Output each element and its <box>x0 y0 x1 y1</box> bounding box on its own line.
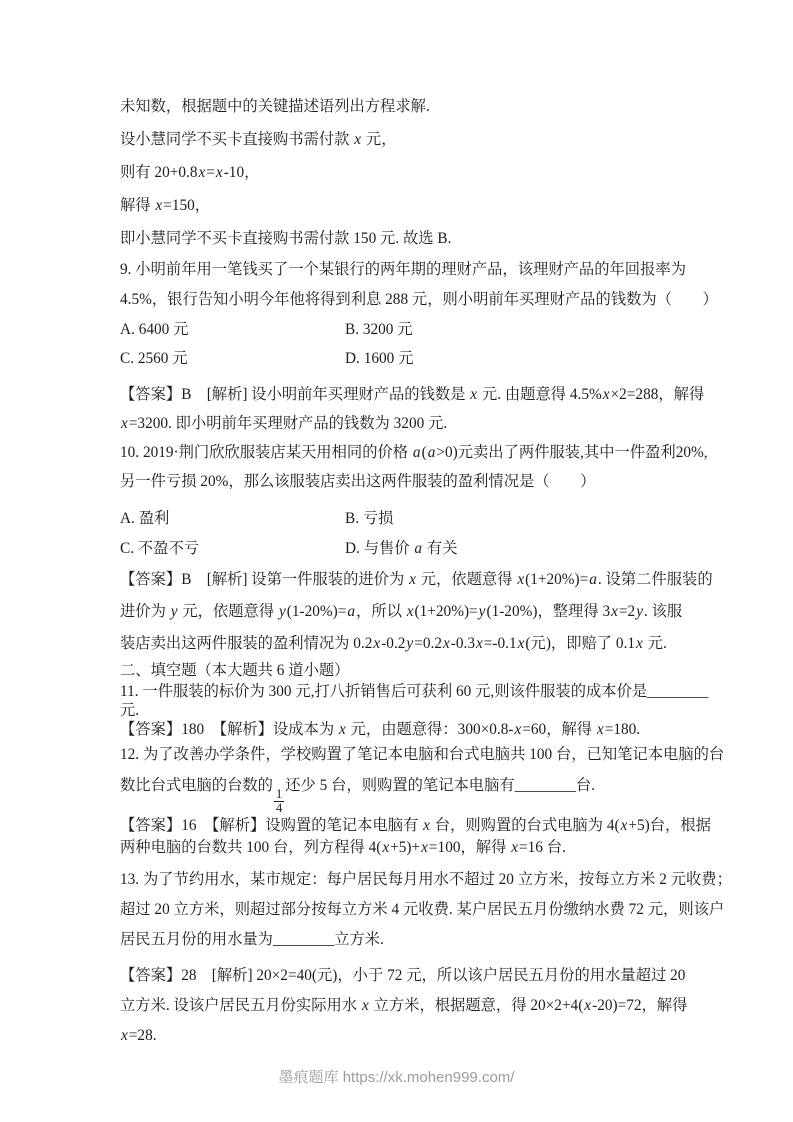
document-page: 未知数，根据题中的关键描述语列出方程求解. 设小慧同学不买卡直接购书需付款 x … <box>0 0 793 1122</box>
q10-options: A. 盈利 B. 亏损 C. 不盈不亏 D. 与售价 a 有关 <box>120 504 698 564</box>
solution-line: 解得 x=150， <box>120 189 698 222</box>
answer-line: 装店卖出这两件服装的盈利情况为 0.2x-0.2y=0.2x-0.3x=-0.1… <box>120 628 698 660</box>
question-9-block: 9. 小明前年用一笔钱买了一个某银行的两年期的理财产品，该理财产品的年回报率为 … <box>120 255 698 438</box>
question-stem-line: 4.5%，银行告知小明今年他将得到利息 288 元，则小明前年买理财产品的钱数为… <box>120 285 698 315</box>
answer-line: 【答案】28 [解析] 20×2=40(元)，小于 72 元，所以该户居民五月份… <box>120 961 698 991</box>
answer-line: 【答案】B [解析] 设第一件服装的进价为 x 元，依题意得 x(1+20%)=… <box>120 564 698 596</box>
solution-line: 未知数，根据题中的关键描述语列出方程求解. <box>120 90 698 123</box>
q10-answer: 【答案】B [解析] 设第一件服装的进价为 x 元，依题意得 x(1+20%)=… <box>120 564 698 660</box>
question-stem-line: 数比台式电脑的台数的14还少 5 台，则购置的笔记本电脑有________台. <box>120 770 698 815</box>
answer-line: 两种电脑的台数共 100 台，列方程得 4(x+5)+x=100，解得 x=16… <box>120 837 698 859</box>
answer-line: x=28. <box>120 1021 698 1051</box>
q9-answer: 【答案】B [解析] 设小明前年买理财产品的钱数是 x 元. 由题意得 4.5%… <box>120 380 698 438</box>
question-13-block: 13. 为了节约用水，某市规定：每户居民每月用水不超过 20 立方米，按每立方米… <box>120 865 698 1051</box>
options-row: A. 6400 元 B. 3200 元 <box>120 315 698 344</box>
options-row: C. 2560 元 D. 1600 元 <box>120 344 698 373</box>
solution-line: 则有 20+0.8x=x-10， <box>120 156 698 189</box>
q11-answer: 【答案】180 【解析】设成本为 x 元，由题意得：300×0.8-x=60，解… <box>120 720 698 739</box>
option-a: A. 6400 元 <box>120 315 345 344</box>
option-a: A. 盈利 <box>120 504 345 534</box>
answer-line: 【答案】16 【解析】设购置的笔记本电脑有 x 台，则购置的台式电脑为 4(x+… <box>120 815 698 837</box>
question-10-block: 10. 2019·荆门欣欣服装店某天用相同的价格 a(a>0)元卖出了两件服装,… <box>120 438 698 660</box>
option-d: D. 与售价 a 有关 <box>345 534 458 564</box>
question-11-block: 11. 一件服装的标价为 300 元,打八折销售后可获利 60 元,则该件服装的… <box>120 682 698 739</box>
footer-watermark: 墨痕题库 https://xk.mohen999.com/ <box>0 1066 793 1087</box>
question-stem-line: 11. 一件服装的标价为 300 元,打八折销售后可获利 60 元,则该件服装的… <box>120 682 698 701</box>
question-stem-line: 超过 20 立方米，则超过部分按每立方米 4 元收费. 某户居民五月份缴纳水费 … <box>120 895 698 925</box>
question-stem-line: 居民五月份的用水量为________立方米. <box>120 925 698 955</box>
question-stem-line: 12. 为了改善办学条件，学校购置了笔记本电脑和台式电脑共 100 台，已知笔记… <box>120 739 698 770</box>
question-stem-line: 9. 小明前年用一笔钱买了一个某银行的两年期的理财产品，该理财产品的年回报率为 <box>120 255 698 285</box>
option-b: B. 亏损 <box>345 504 393 534</box>
answer-line: x=3200. 即小明前年买理财产品的钱数为 3200 元. <box>120 409 698 438</box>
question-stem-line: 13. 为了节约用水，某市规定：每户居民每月用水不超过 20 立方米，按每立方米… <box>120 865 698 895</box>
options-row: C. 不盈不亏 D. 与售价 a 有关 <box>120 534 698 564</box>
q9-options: A. 6400 元 B. 3200 元 C. 2560 元 D. 1600 元 <box>120 315 698 373</box>
fraction: 14 <box>274 788 284 815</box>
answer-line: 【答案】B [解析] 设小明前年买理财产品的钱数是 x 元. 由题意得 4.5%… <box>120 380 698 409</box>
question-stem-line: 元. <box>120 701 698 720</box>
option-b: B. 3200 元 <box>345 315 413 344</box>
option-d: D. 1600 元 <box>345 344 413 373</box>
solution-line: 设小慧同学不买卡直接购书需付款 x 元， <box>120 123 698 156</box>
options-row: A. 盈利 B. 亏损 <box>120 504 698 534</box>
q8-solution-block: 未知数，根据题中的关键描述语列出方程求解. 设小慧同学不买卡直接购书需付款 x … <box>120 90 698 255</box>
q12-answer: 【答案】16 【解析】设购置的笔记本电脑有 x 台，则购置的台式电脑为 4(x+… <box>120 815 698 859</box>
answer-line: 立方米. 设该户居民五月份实际用水 x 立方米，根据题意，得 20×2+4(x-… <box>120 991 698 1021</box>
answer-line: 进价为 y 元，依题意得 y(1-20%)=a，所以 x(1+20%)=y(1-… <box>120 596 698 628</box>
question-stem-line: 10. 2019·荆门欣欣服装店某天用相同的价格 a(a>0)元卖出了两件服装,… <box>120 438 698 467</box>
answer-line: 【答案】180 【解析】设成本为 x 元，由题意得：300×0.8-x=60，解… <box>120 720 698 739</box>
q13-answer: 【答案】28 [解析] 20×2=40(元)，小于 72 元，所以该户居民五月份… <box>120 961 698 1051</box>
document-content: 未知数，根据题中的关键描述语列出方程求解. 设小慧同学不买卡直接购书需付款 x … <box>120 90 698 1051</box>
question-stem-line: 另一件亏损 20%，那么该服装店卖出这两件服装的盈利情况是（ ） <box>120 467 698 496</box>
question-12-block: 12. 为了改善办学条件，学校购置了笔记本电脑和台式电脑共 100 台，已知笔记… <box>120 739 698 859</box>
footer-text: 墨痕题库 https://xk.mohen999.com/ <box>279 1069 515 1086</box>
option-c: C. 不盈不亏 <box>120 534 345 564</box>
solution-line: 即小慧同学不买卡直接购书需付款 150 元. 故选 B. <box>120 222 698 255</box>
section-2-heading: 二、填空题（本大题共 6 道小题） <box>120 660 698 682</box>
option-c: C. 2560 元 <box>120 344 345 373</box>
